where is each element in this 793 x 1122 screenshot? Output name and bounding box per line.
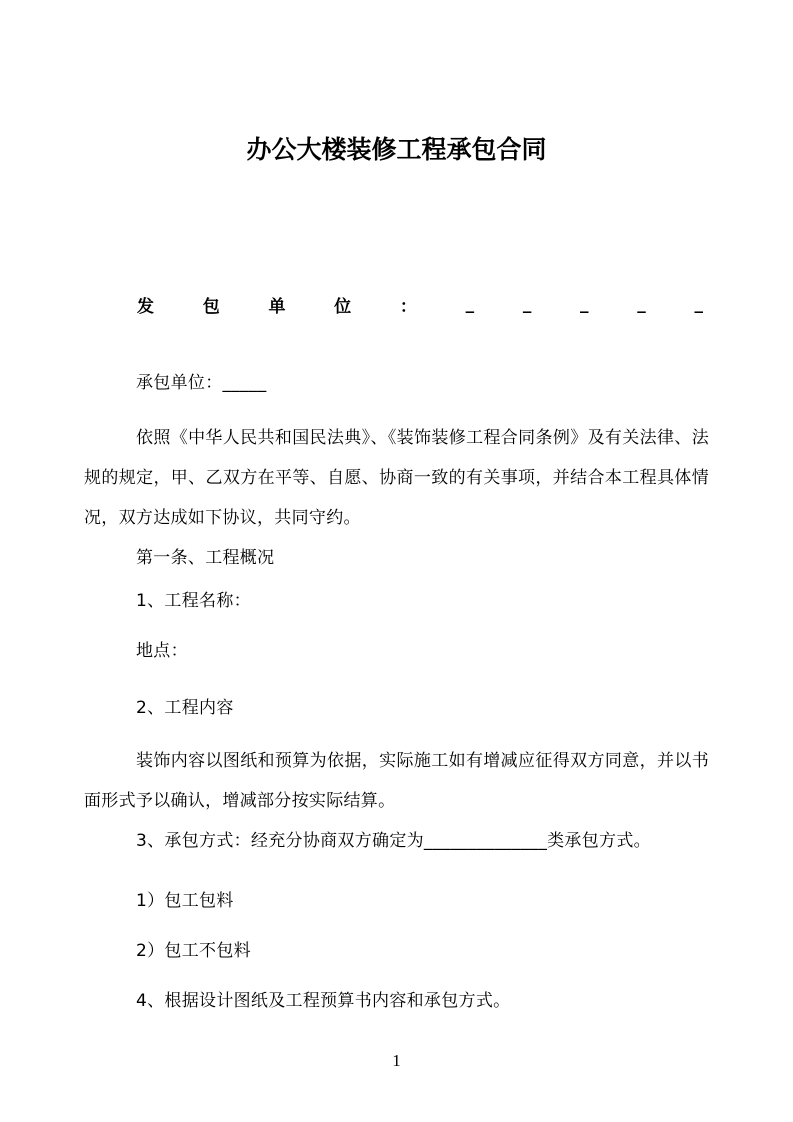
party-a-char: 位	[334, 292, 351, 317]
party-a-char: 包	[203, 292, 220, 317]
decoration-content-paragraph: 装饰内容以图纸和预算为依据，实际施工如有增减应征得双方同意，并以书面形式予以确认…	[84, 741, 709, 821]
item-project-name: 1、工程名称：	[84, 581, 709, 621]
preamble-paragraph: 依照《中华人民共和国民法典》、《装饰装修工程合同条例》及有关法律、法规的规定，甲…	[84, 418, 709, 538]
section-1-heading: 第一条、工程概况	[84, 538, 709, 578]
blank-underscore: _	[523, 294, 532, 314]
item-location: 地点：	[84, 631, 709, 671]
blank-underscore: _	[694, 294, 703, 314]
party-b-line: 承包单位：_____	[84, 363, 709, 403]
item-project-content: 2、工程内容	[84, 688, 709, 728]
party-a-line: 发 包 单 位 ： _ _ _ _ _	[137, 284, 703, 324]
document-title: 办公大楼装修工程承包合同	[84, 137, 709, 162]
document-content: 办公大楼装修工程承包合同 发 包 单 位 ： _ _ _ _ _ 承包单位：__…	[84, 137, 709, 1071]
page-number: 1	[84, 1051, 709, 1071]
party-a-colon: ：	[400, 292, 417, 317]
party-a-char: 发	[137, 292, 154, 317]
party-a-char: 单	[268, 292, 285, 317]
option-labor-and-materials: 1）包工包料	[84, 881, 709, 921]
option-labor-only: 2）包工不包料	[84, 931, 709, 971]
blank-underscore: _	[580, 294, 589, 314]
item-contract-mode: 3、承包方式：经充分协商双方确定为______________类承包方式。	[84, 821, 709, 861]
item-design-docs: 4、根据设计图纸及工程预算书内容和承包方式。	[84, 981, 709, 1021]
document-page: 办公大楼装修工程承包合同 发 包 单 位 ： _ _ _ _ _ 承包单位：__…	[0, 0, 793, 1122]
blank-underscore: _	[637, 294, 646, 314]
blank-underscore: _	[466, 294, 475, 314]
